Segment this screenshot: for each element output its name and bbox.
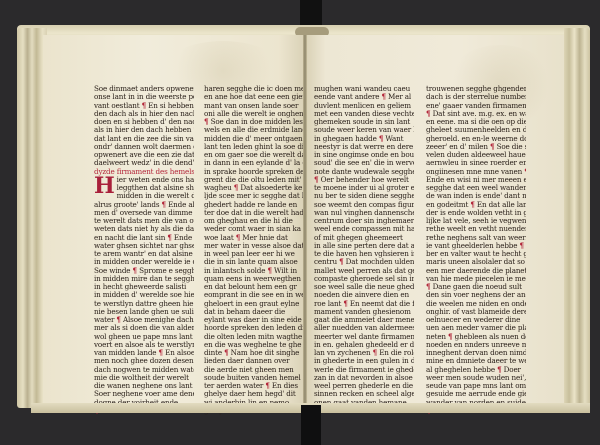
spine-bottom	[301, 405, 321, 445]
rubric-paragraph-mark: ¶	[381, 92, 385, 101]
text-column-c: mughen wani wandeu caeueende vant andere…	[314, 85, 414, 415]
rubric-paragraph-mark: ¶	[339, 257, 343, 266]
text-column-b: haren segghe die ic doen meren ane hoe d…	[204, 85, 304, 415]
open-book: Soe dinmaet anders opwenert vanonse lant…	[17, 25, 590, 413]
book-gutter	[303, 35, 307, 405]
text-column-d: trouwenen segghe ghgendertudach is der s…	[426, 85, 526, 415]
decorated-initial: H	[94, 177, 115, 195]
rubric-paragraph-mark: ¶	[193, 125, 194, 134]
right-page: mughen wani wandeu caeueende vant andere…	[305, 35, 564, 405]
right-page-stack	[564, 28, 590, 408]
left-page: Soe dinmaet anders opwenert vanonse lant…	[43, 35, 305, 405]
text-column-a: Soe dinmaet anders opwenert vanonse lant…	[94, 85, 194, 415]
